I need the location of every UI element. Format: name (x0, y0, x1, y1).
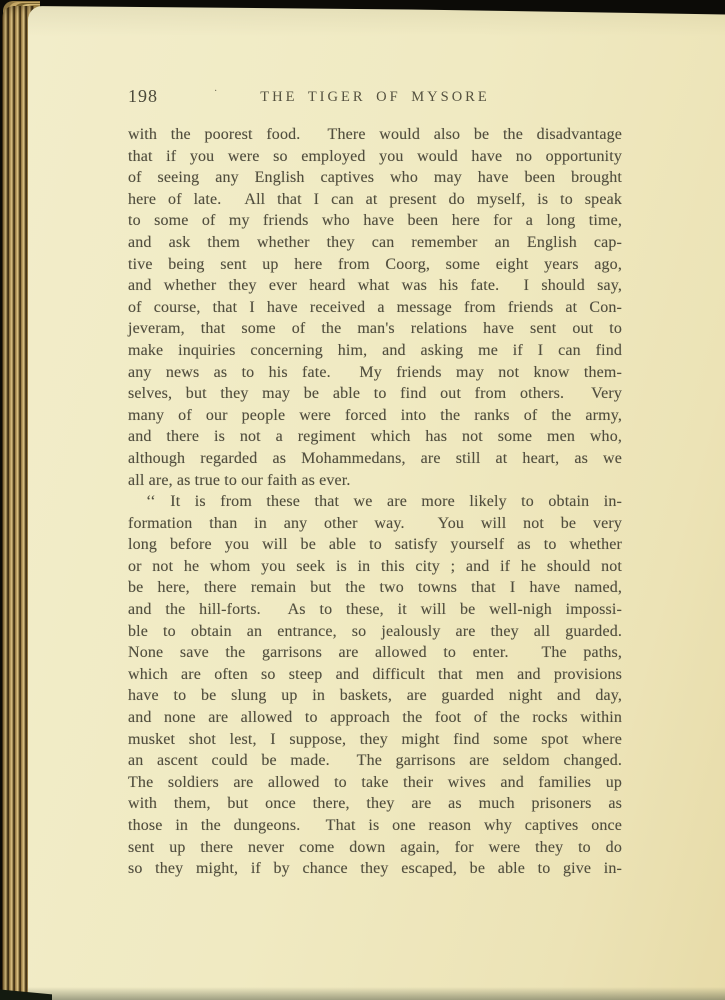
text-line: jeveram, that some of the man's relation… (128, 318, 622, 340)
text-line: have to be slung up in baskets, are guar… (128, 685, 622, 707)
text-line: an ascent could be made. The garrisons a… (128, 750, 622, 772)
book-page-scan: 198 · THE TIGER OF MYSORE with the poore… (0, 0, 725, 1000)
text-line: and none are allowed to approach the foo… (128, 707, 622, 729)
text-line: formation than in any other way. You wil… (128, 513, 622, 535)
text-line: all are, as true to our faith as ever. (128, 470, 622, 492)
page-bottom-shadow (28, 987, 725, 1000)
header-title: THE TIGER OF MYSORE (128, 89, 622, 106)
text-line: of course, that I have received a messag… (128, 297, 622, 319)
text-line: long before you will be able to satisfy … (128, 534, 622, 556)
text-line: sent up there never come down again, for… (128, 837, 622, 859)
text-line: be here, there remain but the two towns … (128, 577, 622, 599)
text-line: ble to obtain an entrance, so jealously … (128, 621, 622, 643)
text-line: of seeing any English captives who may h… (128, 167, 622, 189)
text-line: selves, but they may be able to find out… (128, 383, 622, 405)
text-line: None save the garrisons are allowed to e… (128, 642, 622, 664)
text-line: that if you were so employed you would h… (128, 146, 622, 168)
running-header: 198 · THE TIGER OF MYSORE (128, 86, 622, 112)
text-line: and the hill-forts. As to these, it will… (128, 599, 622, 621)
text-line: which are often so steep and difficult t… (128, 664, 622, 686)
text-line: and whether they ever heard what was his… (128, 275, 622, 297)
text-line: or not he whom you seek is in this city … (128, 556, 622, 578)
text-line: and ask them whether they can remember a… (128, 232, 622, 254)
text-line: so they might, if by chance they escaped… (128, 858, 622, 880)
text-line: The soldiers are allowed to take their w… (128, 772, 622, 794)
text-line: although regarded as Mohammedans, are st… (128, 448, 622, 470)
text-line: with the poorest food. There would also … (128, 124, 622, 146)
text-line: those in the dungeons. That is one reaso… (128, 815, 622, 837)
text-line: musket shot lest, I suppose, they might … (128, 729, 622, 751)
text-line: with them, but once there, they are as m… (128, 793, 622, 815)
text-line: to some of my friends who have been here… (128, 210, 622, 232)
text-line: make inquiries concerning him, and askin… (128, 340, 622, 362)
text-line: here of late. All that I can at present … (128, 189, 622, 211)
text-line: many of our people were forced into the … (128, 405, 622, 427)
text-line: tive being sent up here from Coorg, some… (128, 254, 622, 276)
text-line: and there is not a regiment which has no… (128, 426, 622, 448)
text-line: ‘‘ It is from these that we are more lik… (128, 491, 622, 513)
text-line: any news as to his fate. My friends may … (128, 362, 622, 384)
body-text: with the poorest food. There would also … (128, 124, 622, 880)
